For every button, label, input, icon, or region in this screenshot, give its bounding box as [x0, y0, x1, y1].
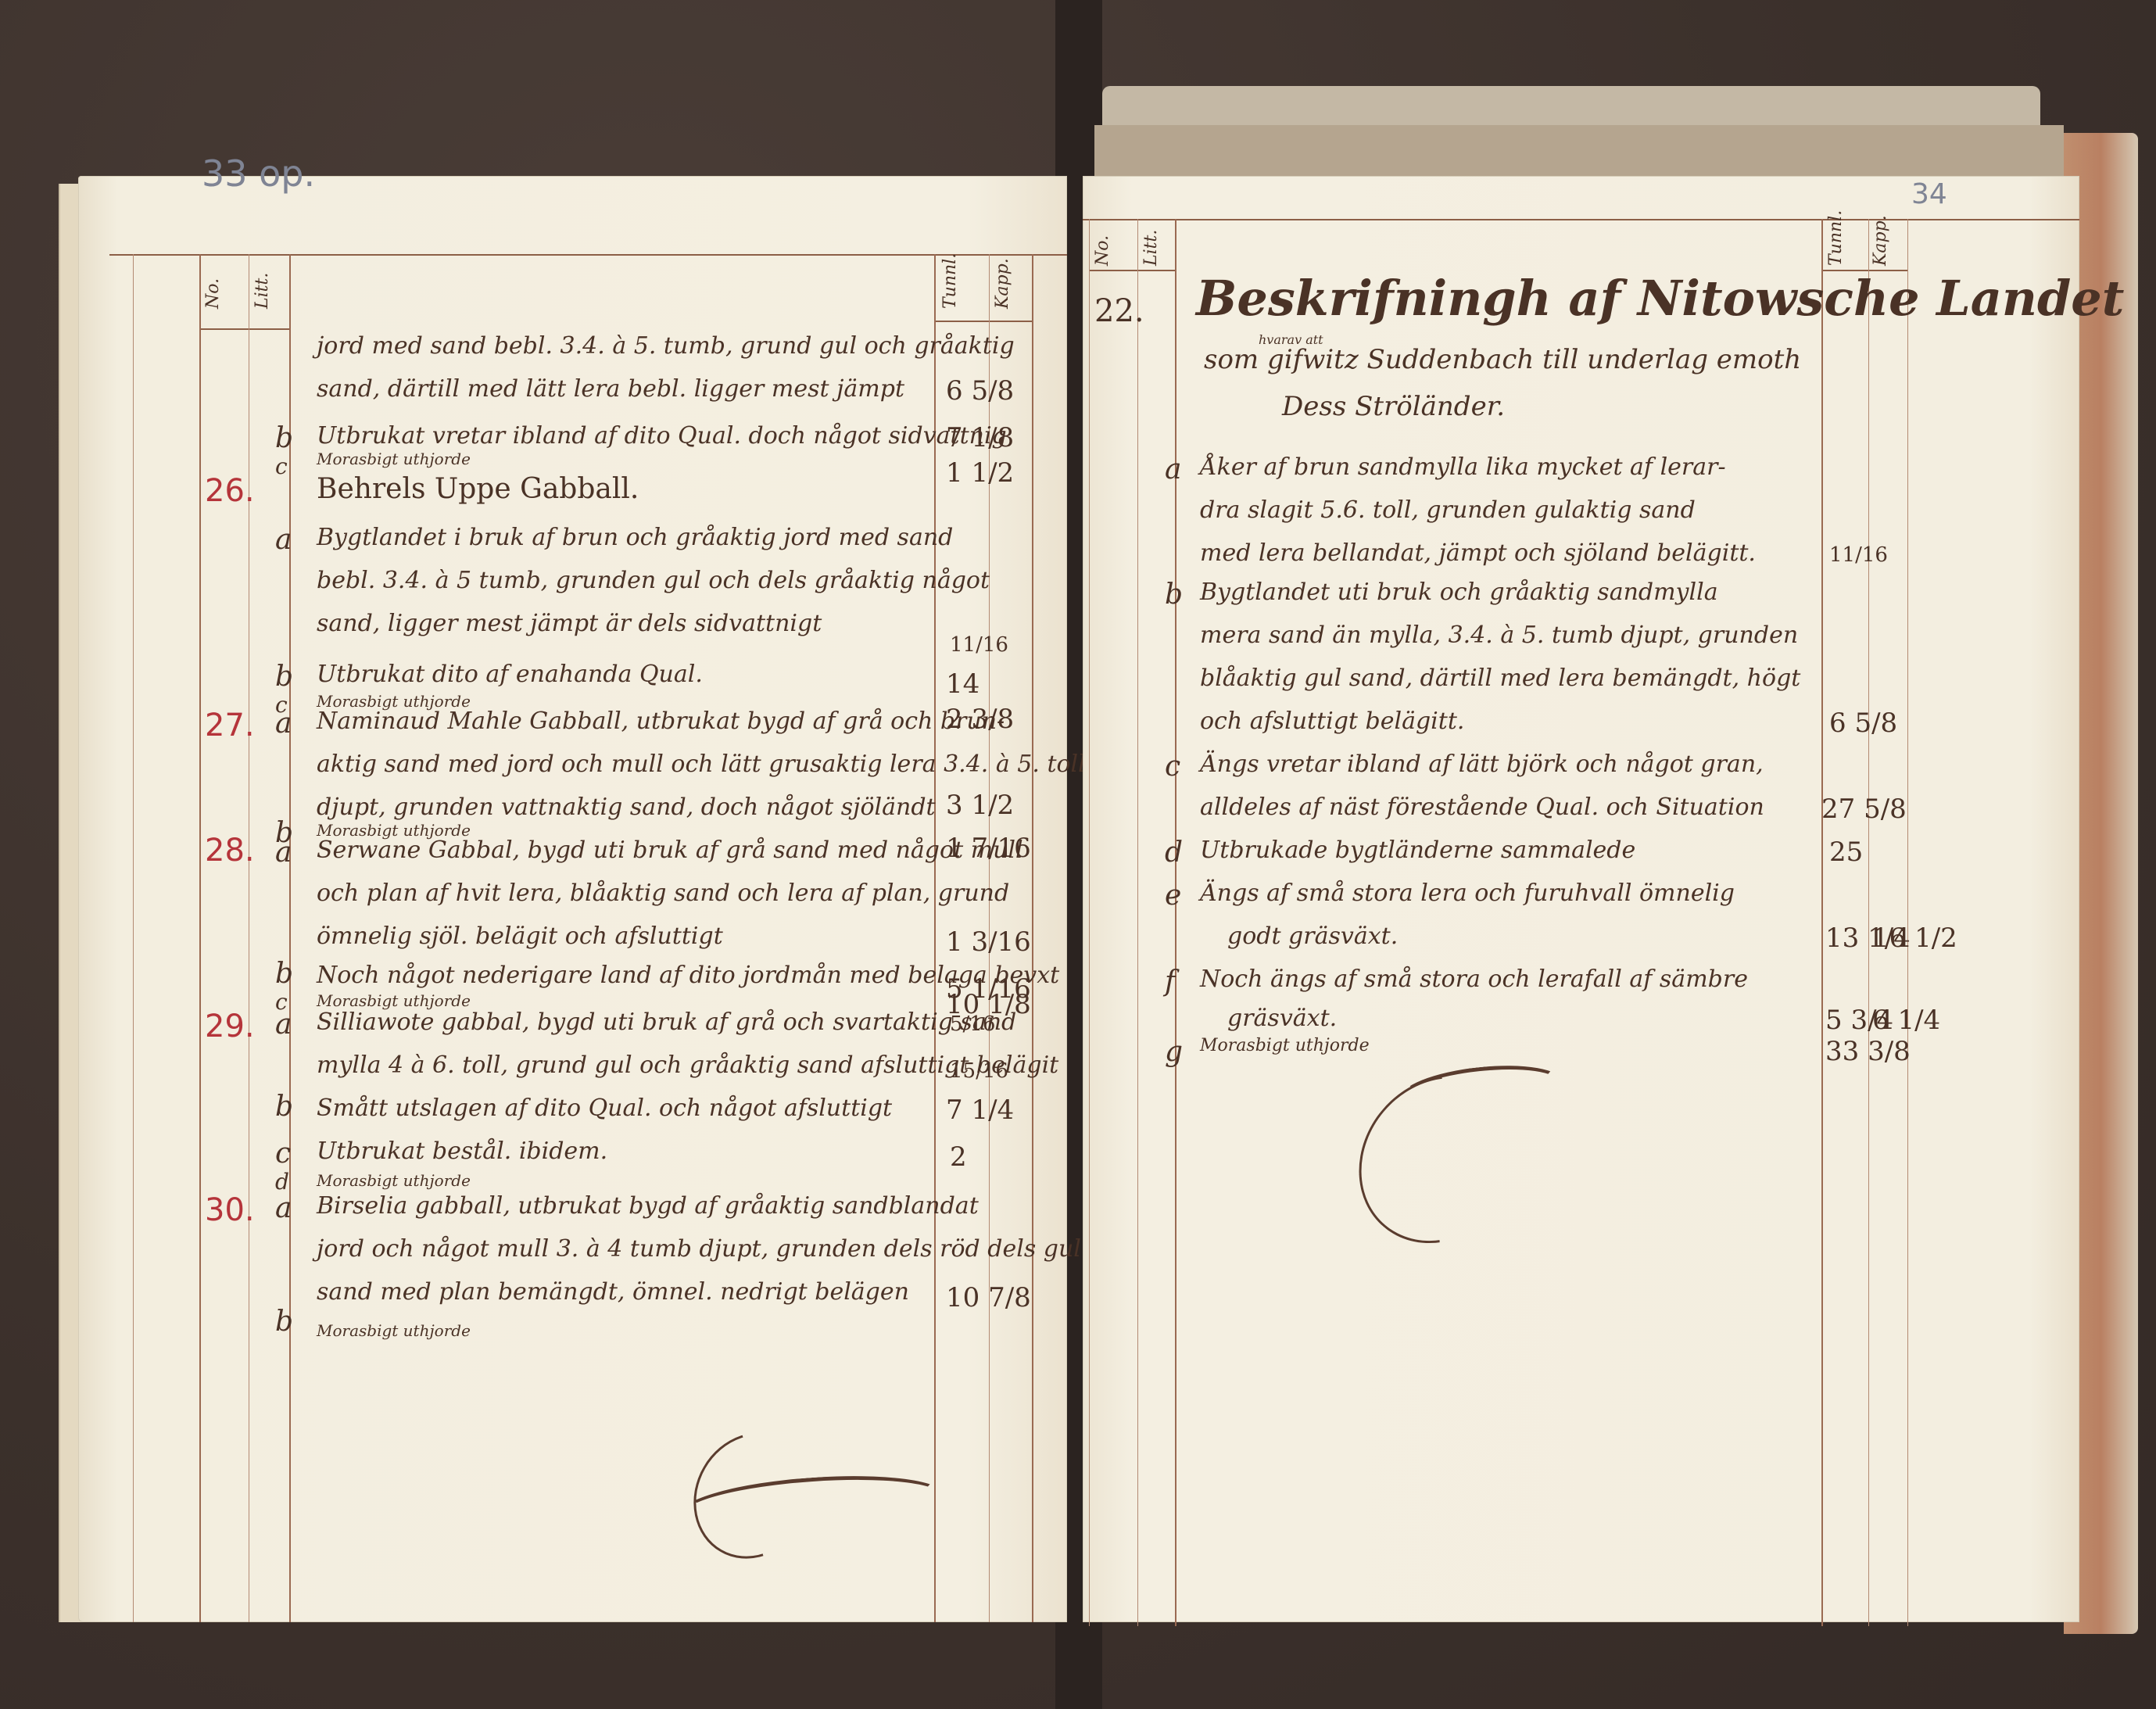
left-header-no: No. [205, 278, 222, 309]
entry-text: sand med plan bemängdt, ömnel. nedrigt b… [317, 1278, 909, 1306]
entry-text: Utbrukat vretar ibland af dito Qual. doc… [317, 422, 1007, 450]
entry-text: Ängs af små stora lera och furuhvall ömn… [1200, 880, 1735, 907]
left-header-tunnl: Tunnl. [942, 253, 959, 309]
left-tunnl-col-rule [934, 254, 936, 1622]
left-litt-col-rule [249, 254, 249, 1622]
tunnl-value: 14 [946, 668, 980, 700]
parcel-number: 26. [205, 473, 255, 509]
subtitle-line: Dess Ströländer. [1282, 391, 1505, 422]
entry-text: blåaktig gul sand, därtill med lera bemä… [1200, 665, 1800, 692]
entry-text: jord med sand bebl. 3.4. à 5. tumb, grun… [317, 332, 1015, 360]
tunnl-value: 6 5/8 [1829, 708, 1897, 739]
right-tunnl-col-rule [1821, 219, 1823, 1626]
litt-letter: f [1165, 966, 1175, 998]
entry-text: Naminaud Mahle Gabball, utbrukat bygd af… [317, 708, 1005, 735]
tunnl-value: 7 1/8 [946, 422, 1014, 453]
tunnl-value: 3 1/2 [946, 790, 1014, 821]
entry-text: och plan af hvit lera, blåaktig sand och… [317, 880, 1009, 907]
parcel-number: 28. [205, 833, 255, 869]
tunnl-value: 25 [1829, 837, 1863, 868]
litt-letter: b [275, 1091, 293, 1123]
entry-text: Ängs vretar ibland af lätt björk och någ… [1200, 751, 1764, 778]
kapp-value: 6 1/4 [1872, 1005, 1940, 1036]
entry-text: dra slagit 5.6. toll, grunden gulaktig s… [1200, 496, 1696, 524]
parcel-number: 29. [205, 1009, 255, 1044]
entry-text: Birselia gabball, utbrukat bygd af gråak… [317, 1192, 979, 1220]
entry-text: jord och något mull 3. à 4 tumb djupt, g… [317, 1235, 1081, 1263]
litt-letter: a [275, 1009, 292, 1041]
tunnl-value: 27 5/8 [1821, 794, 1907, 825]
litt-letter: a [275, 708, 292, 740]
entry-text: Bygtlandet uti bruk och gråaktig sandmyl… [1200, 579, 1718, 606]
right-top-rule [1083, 219, 2079, 220]
entry-text: sand, ligger mest jämpt är dels sidvattn… [317, 610, 822, 637]
kapp-value: 16 1/2 [1872, 923, 1957, 954]
right-no-col-rule [1137, 219, 1138, 1626]
entry-text: Åker af brun sandmylla lika mycket af le… [1200, 453, 1726, 481]
tunnl-value: 33 3/8 [1825, 1036, 1911, 1067]
entry-text: djupt, grunden vattnaktig sand, doch någ… [317, 794, 936, 821]
entry-text: Utbrukat dito af enahanda Qual. [317, 661, 703, 688]
right-header-kapp: Kapp. [1872, 215, 1889, 266]
right-header-tunnl: Tunnl. [1828, 210, 1845, 266]
litt-letter: a [275, 1192, 292, 1224]
litt-letter: a [275, 524, 292, 556]
left-header-kapp: Kapp. [994, 258, 1012, 309]
tunnl-value: 10 7/8 [946, 1282, 1031, 1313]
right-header-litt: Litt. [1143, 230, 1160, 266]
entry-text: med lera bellandat, jämpt och sjöland be… [1200, 539, 1756, 567]
tunnl-value: 1 1/2 [946, 457, 1014, 489]
entry-text: godt gräsväxt. [1227, 923, 1398, 950]
entry-text: alldeles af näst förestående Qual. och S… [1200, 794, 1764, 821]
litt-letter: d [275, 1169, 289, 1195]
tunnl-value: 11/16 [1829, 543, 1888, 567]
entry-text: ömnelig sjöl. belägit och afsluttigt [317, 923, 723, 950]
entry-text: Morasbigt uthjorde [317, 1321, 471, 1340]
left-no-col-rule [199, 254, 201, 1622]
entry-text: Bygtlandet i bruk af brun och gråaktig j… [317, 524, 953, 551]
parcel-number: 27. [205, 708, 255, 743]
litt-letter: a [275, 837, 292, 869]
right-folio-number: 34 [1911, 178, 1947, 210]
entry-text: aktig sand med jord och mull och lätt gr… [317, 751, 1086, 778]
page-title: Beskrifningh af Nitowsche Landet [1196, 270, 2124, 327]
left-header-rule-a [199, 328, 289, 330]
tunnl-value: 15/16 [950, 1059, 1008, 1083]
litt-letter: c [1165, 751, 1180, 783]
left-top-rule [109, 254, 1067, 256]
litt-letter: b [1165, 579, 1183, 611]
left-folio-number: 33 op. [202, 152, 315, 195]
tunnl-value: 1 3/16 [946, 926, 1031, 958]
right-margin-rule [1089, 219, 1090, 1626]
entry-text: Noch ängs af små stora och lerafall af s… [1200, 966, 1748, 993]
tunnl-value: 7 1/4 [946, 1095, 1014, 1126]
tunnl-value: 10 1/8 [946, 989, 1031, 1020]
entry-text: Morasbigt uthjorde [317, 1171, 471, 1190]
litt-letter: b [275, 1306, 293, 1338]
entry-text: mera sand än mylla, 3.4. à 5. tumb djupt… [1200, 622, 1798, 649]
subtitle-line: som gifwitz Suddenbach till underlag emo… [1204, 344, 1801, 375]
entry-text: Utbrukade bygtländerne sammalede [1200, 837, 1635, 864]
right-header-no: No. [1094, 235, 1112, 266]
litt-letter: c [275, 1138, 291, 1170]
litt-letter: b [275, 661, 293, 693]
right-header-rule-a [1089, 270, 1175, 271]
left-text-col-rule [289, 254, 291, 1622]
entry-text: Morasbigt uthjorde [317, 450, 471, 468]
entry-text: sand, därtill med lätt lera bebl. ligger… [317, 375, 904, 403]
entry-text: mylla 4 à 6. toll, grund gul och gråakti… [317, 1052, 1058, 1079]
entry-text: Serwane Gabbal, bygd uti bruk af grå san… [317, 837, 1023, 864]
entry-text: bebl. 3.4. à 5 tumb, grunden gul och del… [317, 567, 990, 594]
parcel-number: 30. [205, 1192, 255, 1228]
entry-text: och afsluttigt belägitt. [1200, 708, 1464, 735]
litt-letter: g [1165, 1036, 1183, 1068]
entry-text: Morasbigt uthjorde [317, 991, 471, 1010]
left-right-col-rule [1032, 254, 1033, 1622]
entry-text: Smått utslagen af dito Qual. och något a… [317, 1095, 892, 1122]
entry-text: Silliawote gabbal, bygd uti bruk af grå … [317, 1009, 1016, 1036]
tunnl-value: 11/16 [950, 633, 1008, 657]
litt-letter: e [1165, 880, 1181, 912]
left-header-rule-b [934, 321, 1032, 322]
left-header-litt: Litt. [254, 273, 271, 309]
tunnl-value: 1 7/16 [946, 833, 1031, 864]
litt-letter: d [1165, 837, 1183, 869]
tunnl-value: 2 [950, 1141, 967, 1173]
tunnl-value: 6 5/8 [946, 375, 1014, 407]
litt-letter: a [1165, 453, 1181, 485]
litt-letter: b [275, 958, 293, 990]
entry-number: 22. [1094, 293, 1144, 329]
right-text-col-rule [1175, 219, 1176, 1626]
litt-letter: c [275, 453, 288, 479]
entry-text: Utbrukat bestål. ibidem. [317, 1138, 607, 1165]
litt-letter: b [275, 422, 293, 454]
left-margin-rule [133, 254, 134, 1622]
entry-text: Morasbigt uthjorde [1200, 1036, 1370, 1055]
tunnl-value: 2 3/8 [946, 704, 1014, 735]
parcel-name: Behrels Uppe Gabball. [317, 473, 639, 505]
entry-text: gräsväxt. [1227, 1005, 1337, 1032]
